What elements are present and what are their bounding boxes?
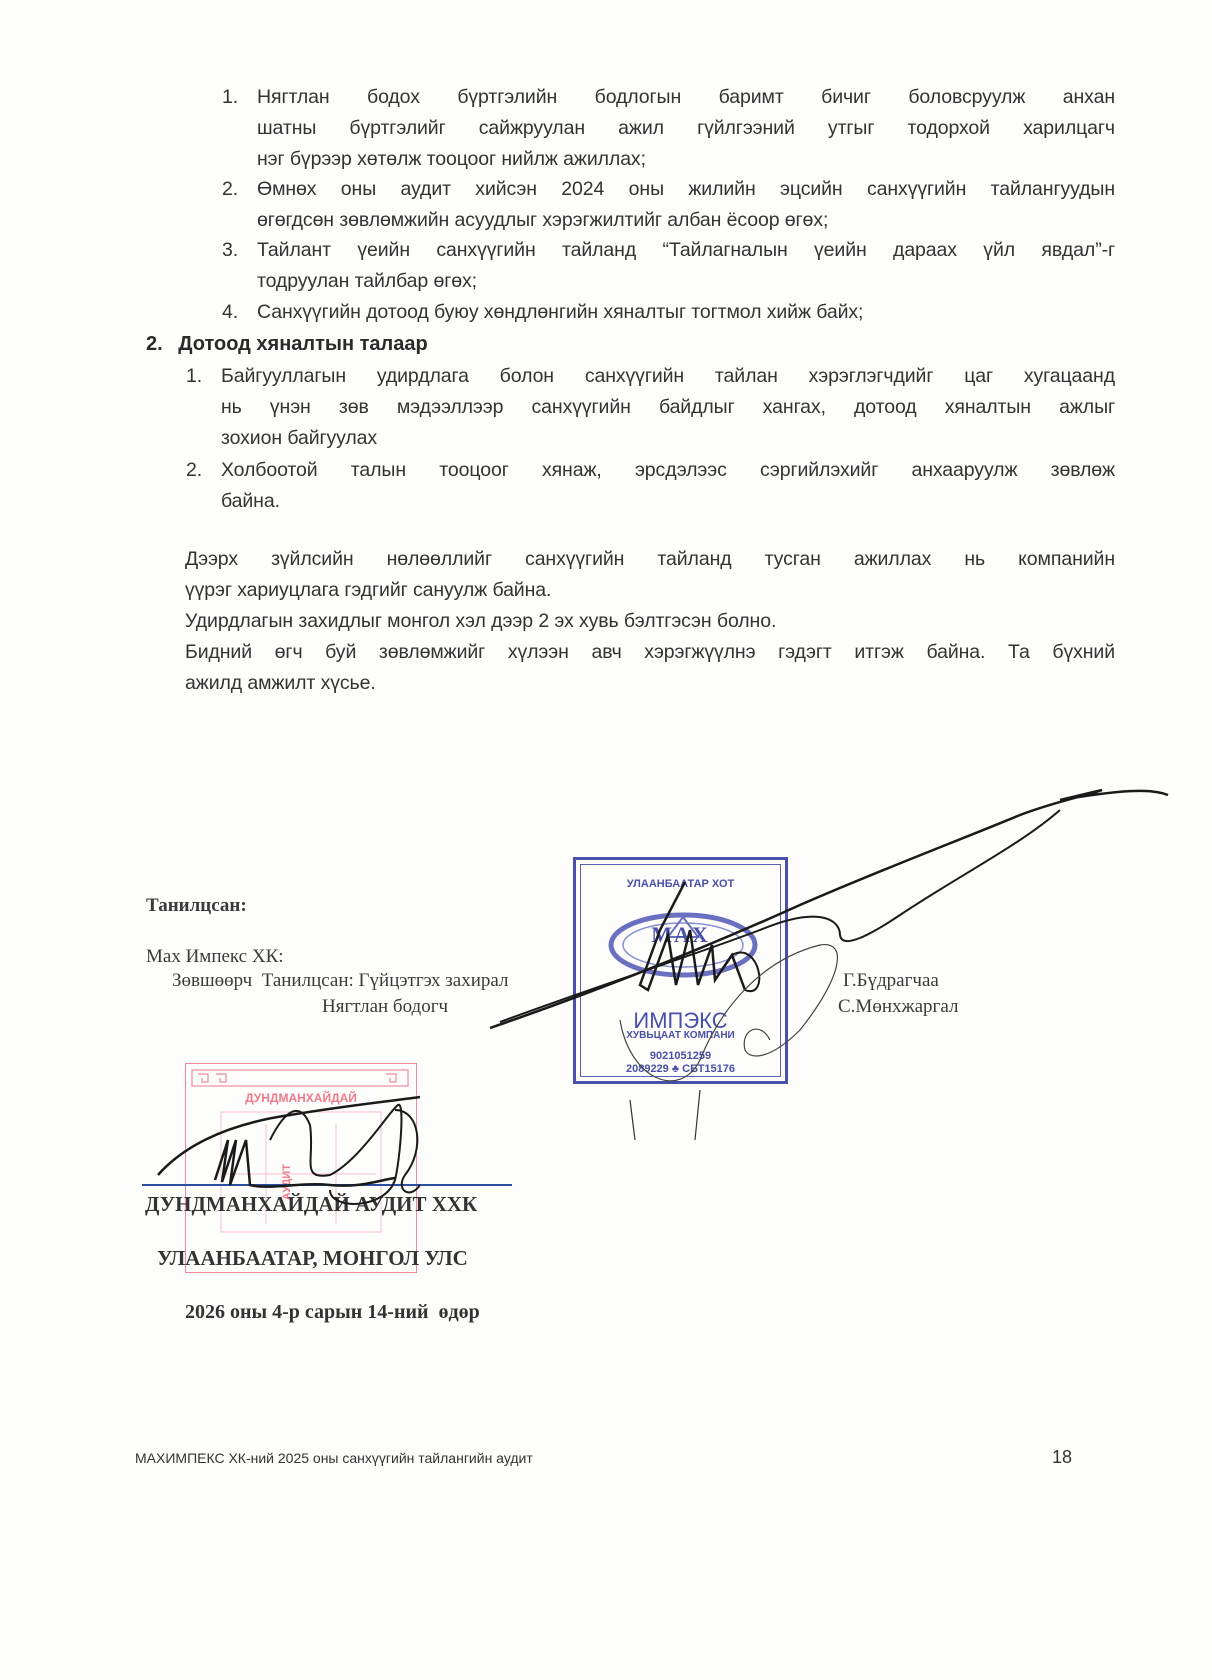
approver-line: Зөвшөөрч Танилцсан: Гүйцэтгэх захирал	[172, 970, 508, 992]
stamp-reg-number: 9021051259	[576, 1050, 785, 1062]
list-line: Санхүүгийн дотоод буюу хөндлөнгийн хянал…	[257, 297, 1115, 328]
closing-line: Дээрх зүйлсийн нөлөөллийг санхүүгийн тай…	[185, 544, 1115, 575]
director-name: Г.Бүдрагчаа	[843, 970, 939, 992]
closing-line: ажилд амжилт хүсье.	[185, 668, 1115, 699]
list-line: өгөгдсөн зөвлөмжийн асуудлыг хэрэгжилтий…	[257, 205, 1115, 236]
acknowledged-label: Танилцсан:	[146, 895, 247, 917]
list-item-2-num: 2.	[222, 174, 238, 205]
list-item-4-num: 4.	[222, 297, 238, 328]
closing-line: Бидний өгч буй зөвлөмжийг хүлээн авч хэр…	[185, 637, 1115, 668]
section2-title: Дотоод хяналтын талаар	[178, 333, 427, 355]
list-line: Өмнөх оны аудит хийсэн 2024 оны жилийн э…	[257, 174, 1115, 205]
section2-item-2: Холбоотой талын тооцоог хянаж, эрсдэлээс…	[221, 455, 1115, 517]
list-item-3-num: 3.	[222, 235, 238, 266]
closing-line: Удирдлагын захидлыг монгол хэл дээр 2 эх…	[185, 606, 1115, 637]
section2-item-1-num: 1.	[186, 361, 202, 392]
footer-title: МАХИМПЕКС ХК-ний 2025 оны санхүүгийн тай…	[135, 1450, 533, 1466]
auditor-location: УЛААНБААТАР, МОНГОЛ УЛС	[157, 1246, 468, 1271]
page-number: 18	[1052, 1447, 1072, 1468]
list-line: шатны бүртгэлийг сайжруулан ажил гүйлгээ…	[257, 113, 1115, 144]
stamp-red-name: ДУНДМАНХАЙДАЙ	[186, 1091, 416, 1105]
list-item-1-num: 1.	[222, 82, 238, 113]
list-line: байна.	[221, 486, 1115, 517]
list-line: нь үнэн зөв мэдээллээр санхүүгийн байдлы…	[221, 392, 1115, 423]
accountant-name: С.Мөнхжаргал	[838, 996, 958, 1018]
list-line: Нягтлан бодох бүртгэлийн бодлогын баримт…	[257, 82, 1115, 113]
list-line: Байгууллагын удирдлага болон санхүүгийн …	[221, 361, 1115, 392]
signature-line	[142, 1184, 512, 1186]
closing-line: үүрэг хариуцлага гэдгийг сануулж байна.	[185, 575, 1115, 606]
list-item-2: Өмнөх оны аудит хийсэн 2024 оны жилийн э…	[257, 174, 1115, 236]
list-item-1: Нягтлан бодох бүртгэлийн бодлогын баримт…	[257, 82, 1115, 175]
company-stamp: УЛААНБААТАР ХОТ MAX ИМПЭКС ХУВЬЦААТ КОМП…	[573, 857, 788, 1084]
section2-item-2-num: 2.	[186, 455, 202, 486]
section2-item-1: Байгууллагын удирдлага болон санхүүгийн …	[221, 361, 1115, 454]
list-line: нэг бүрээр хөтөлж тооцоог нийлж ажиллах;	[257, 144, 1115, 175]
list-line: зохион байгуулах	[221, 423, 1115, 454]
signature-date: 2026 оны 4-р сарын 14-ний өдөр	[185, 1301, 480, 1324]
company-label: Мах Импекс ХК:	[146, 946, 284, 968]
auditor-company: ДУНДМАНХАЙДАЙ АУДИТ ХХК	[145, 1192, 477, 1217]
stamp-company-type: ХУВЬЦААТ КОМПАНИ	[576, 1030, 785, 1041]
list-item-3: Тайлант үеийн санхүүгийн тайланд “Тайлаг…	[257, 235, 1115, 297]
list-line: тодруулан тайлбар өгөх;	[257, 266, 1115, 297]
stamp-logo-text: MAX	[576, 922, 785, 948]
section2-number: 2.	[146, 333, 163, 355]
document-page: 1. Нягтлан бодох бүртгэлийн бодлогын бар…	[0, 0, 1212, 1680]
section2-heading: 2. Дотоод хяналтын талаар	[146, 329, 428, 360]
stamp-city: УЛААНБААТАР ХОТ	[576, 878, 785, 890]
list-item-4: Санхүүгийн дотоод буюу хөндлөнгийн хянал…	[257, 297, 1115, 328]
closing-paragraph: Дээрх зүйлсийн нөлөөллийг санхүүгийн тай…	[185, 544, 1115, 699]
stamp-code: 2089229 ♣ СБТ15176	[576, 1063, 785, 1075]
list-line: Тайлант үеийн санхүүгийн тайланд “Тайлаг…	[257, 235, 1115, 266]
list-line: Холбоотой талын тооцоог хянаж, эрсдэлээс…	[221, 455, 1115, 486]
accountant-line: Нягтлан бодогч	[322, 996, 448, 1018]
auditor-stamp: ДУНДМАНХАЙДАЙ АУДИТ	[185, 1063, 417, 1273]
